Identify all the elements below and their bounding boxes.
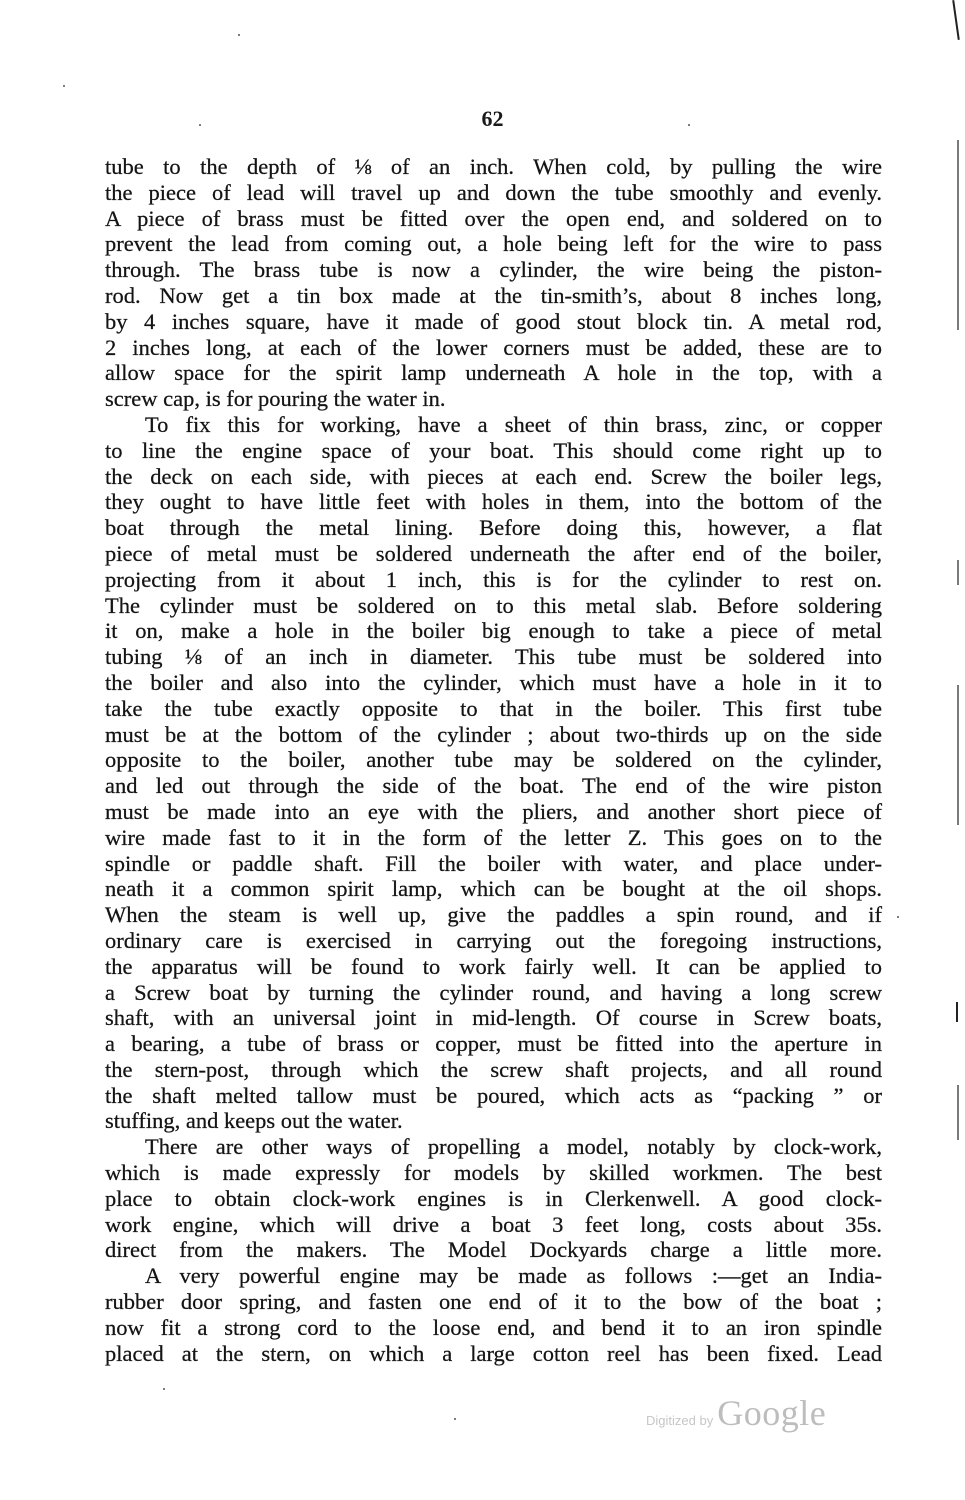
- text-line: take the tube exactly opposite to that i…: [105, 696, 882, 722]
- text-line: boat through the metal lining. Before do…: [105, 515, 882, 541]
- page-edge-mark: [952, 0, 960, 40]
- text-line: shaft, with an universal joint in mid-le…: [105, 1005, 882, 1031]
- text-line: the shaft melted tallow must be poured, …: [105, 1083, 882, 1109]
- text-line: piece of metal must be soldered undernea…: [105, 541, 882, 567]
- digitized-by-google-watermark: Digitized by Google: [646, 1392, 826, 1434]
- text-line: a bearing, a tube of brass or copper, mu…: [105, 1031, 882, 1057]
- page-edge-mark: [956, 1002, 958, 1022]
- text-line: by 4 inches square, have it made of good…: [105, 309, 882, 335]
- text-line: must be made into an eye with the pliers…: [105, 799, 882, 825]
- scan-speck: [897, 916, 899, 918]
- text-line: which is made expressly for models by sk…: [105, 1160, 882, 1186]
- scan-speck: [63, 85, 65, 87]
- digitized-label: Digitized by: [646, 1413, 713, 1428]
- text-line: opposite to the boiler, another tube may…: [105, 747, 882, 773]
- text-line: allow space for the spirit lamp undernea…: [105, 360, 882, 386]
- text-line: To fix this for working, have a sheet of…: [105, 412, 882, 438]
- text-line: the boiler and also into the cylinder, w…: [105, 670, 882, 696]
- text-line: tubing ⅛ of an inch in diameter. This tu…: [105, 644, 882, 670]
- text-line: screw cap, is for pouring the water in.: [105, 386, 882, 412]
- text-line: rod. Now get a tin box made at the tin-s…: [105, 283, 882, 309]
- text-line: place to obtain clock-work engines is in…: [105, 1186, 882, 1212]
- text-line: A very powerful engine may be made as fo…: [105, 1263, 882, 1289]
- text-line: they ought to have little feet with hole…: [105, 489, 882, 515]
- text-line: There are other ways of propelling a mod…: [105, 1134, 882, 1160]
- page-edge-mark: [957, 1085, 959, 1140]
- text-line: to line the engine space of your boat. T…: [105, 438, 882, 464]
- text-line: placed at the stern, on which a large co…: [105, 1341, 882, 1367]
- body-text: tube to the depth of ⅛ of an inch. When …: [105, 154, 882, 1366]
- text-line: the deck on each side, with pieces at ea…: [105, 464, 882, 490]
- text-line: ordinary care is exercised in carrying o…: [105, 928, 882, 954]
- text-line: prevent the lead from coming out, a hole…: [105, 231, 882, 257]
- text-line: work engine, which will drive a boat 3 f…: [105, 1212, 882, 1238]
- scan-speck: [454, 1418, 456, 1420]
- text-line: The cylinder must be soldered on to this…: [105, 593, 882, 619]
- text-line: rubber door spring, and fasten one end o…: [105, 1289, 882, 1315]
- text-line: wire made fast to it in the form of the …: [105, 825, 882, 851]
- page-number: 62: [0, 106, 965, 132]
- text-line: tube to the depth of ⅛ of an inch. When …: [105, 154, 882, 180]
- text-line: projecting from it about 1 inch, this is…: [105, 567, 882, 593]
- text-line: spindle or paddle shaft. Fill the boiler…: [105, 851, 882, 877]
- text-line: a Screw boat by turning the cylinder rou…: [105, 980, 882, 1006]
- text-line: stuffing, and keeps out the water.: [105, 1108, 882, 1134]
- text-line: A piece of brass must be fitted over the…: [105, 206, 882, 232]
- text-line: When the steam is well up, give the padd…: [105, 902, 882, 928]
- text-line: direct from the makers. The Model Dockya…: [105, 1237, 882, 1263]
- google-logo: Google: [717, 1392, 826, 1434]
- text-line: it on, make a hole in the boiler big eno…: [105, 618, 882, 644]
- scan-speck: [238, 34, 240, 36]
- text-line: neath it a common spirit lamp, which can…: [105, 876, 882, 902]
- text-line: and led out through the side of the boat…: [105, 773, 882, 799]
- text-line: through. The brass tube is now a cylinde…: [105, 257, 882, 283]
- scanned-book-page: 62 tube to the depth of ⅛ of an inch. Wh…: [0, 0, 965, 1500]
- text-line: 2 inches long, at each of the lower corn…: [105, 335, 882, 361]
- scan-speck: [163, 1388, 165, 1390]
- text-line: now fit a strong cord to the loose end, …: [105, 1315, 882, 1341]
- text-line: the stern-post, through which the screw …: [105, 1057, 882, 1083]
- text-line: the apparatus will be found to work fair…: [105, 954, 882, 980]
- page-edge-mark: [957, 140, 959, 330]
- page-edge-mark: [957, 685, 959, 825]
- page-edge-mark: [957, 560, 959, 585]
- text-line: must be at the bottom of the cylinder ; …: [105, 722, 882, 748]
- text-line: the piece of lead will travel up and dow…: [105, 180, 882, 206]
